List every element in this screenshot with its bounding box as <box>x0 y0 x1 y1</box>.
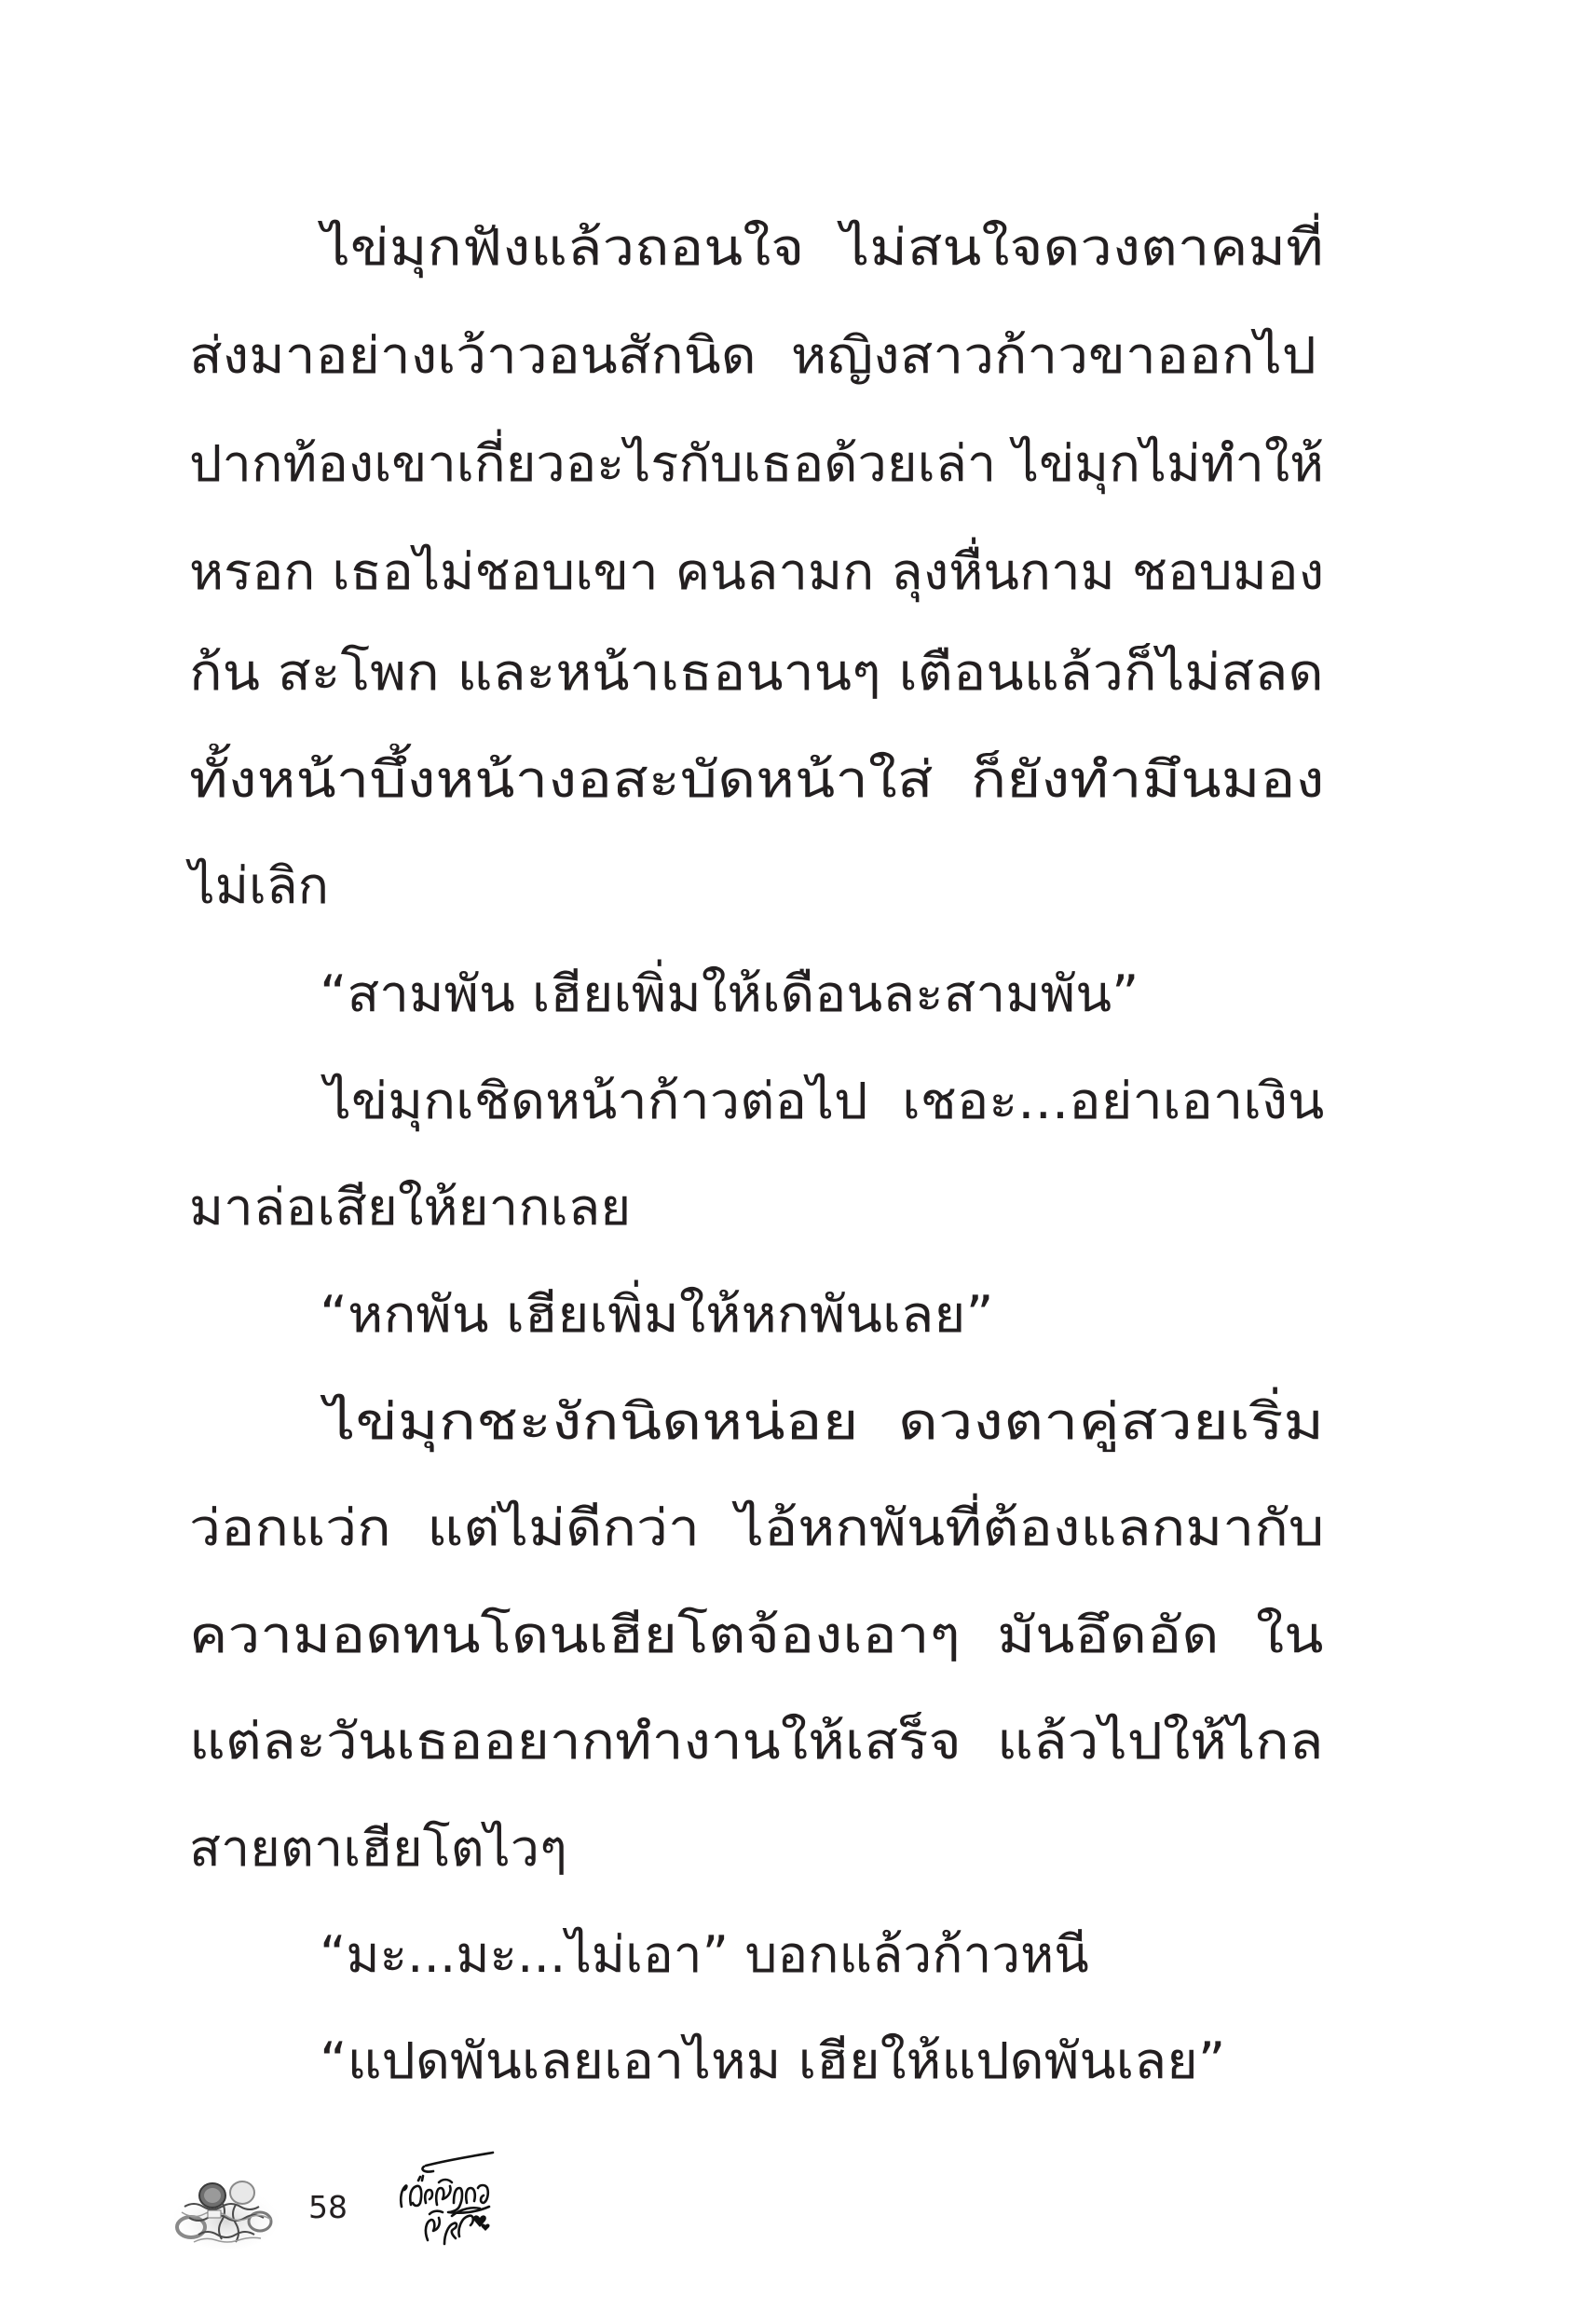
dialogue-line: “แปดพันเลยเอาไหม เฮียให้แปดพันเลย” <box>320 2036 1225 2086</box>
paragraph-line: ความอดทนโดนเฮียโตจ้องเอาๆ มันอึดอัด ใน <box>189 1610 1324 1661</box>
book-title-logo-icon <box>396 2151 495 2253</box>
paragraph-line: ไข่มุกฟังแล้วถอนใจ ไม่สนใจดวงตาคมที่ <box>321 223 1324 273</box>
paragraph-line: ก้น สะโพก และหน้าเธอนานๆ เตือนแล้วก็ไม่ส… <box>189 648 1324 698</box>
dialogue-line: “สามพัน เฮียเพิ่มให้เดือนละสามพัน” <box>320 969 1139 1019</box>
dialogue-line: “มะ...มะ...ไม่เอา” บอกแล้วก้าวหนี <box>320 1930 1089 1980</box>
book-page: ไข่มุกฟังแล้วถอนใจ ไม่สนใจดวงตาคมที่ ส่ง… <box>0 0 1596 2311</box>
paragraph-line: แต่ละวันเธออยากทำงานให้เสร็จ แล้วไปให้ไก… <box>189 1716 1324 1767</box>
page-number: 58 <box>308 2192 348 2222</box>
dialogue-line: “หกพัน เฮียเพิ่มให้หกพันเลย” <box>320 1290 994 1340</box>
paragraph-line: สายตาเฮียโตไวๆ <box>189 1824 567 1874</box>
paragraph-line: ส่งมาอย่างเว้าวอนสักนิด หญิงสาวก้าวขาออก… <box>189 331 1316 381</box>
paragraph-line: ว่อกแว่ก แต่ไม่ดีกว่า ไอ้หกพันที่ต้องแลก… <box>189 1503 1324 1553</box>
paragraph-line: ไข่มุกเชิดหน้าก้าวต่อไป เชอะ...อย่าเอาเง… <box>324 1076 1324 1127</box>
paragraph-line: ไม่เลิก <box>189 861 329 911</box>
paragraph-line: ไข่มุกชะงักนิดหน่อย ดวงตาคู่สวยเริ่ม <box>324 1397 1324 1447</box>
paragraph-line: ปากท้องเขาเกี่ยวอะไรกับเธอด้วยเล่า ไข่มุ… <box>189 439 1324 489</box>
paragraph-line: มาล่อเสียให้ยากเลย <box>189 1183 631 1233</box>
jewelry-decoration-icon <box>171 2169 280 2251</box>
paragraph-line: หรอก เธอไม่ชอบเขา คนลามก ลุงหื่นกาม ชอบม… <box>189 547 1324 597</box>
paragraph-line: ทั้งหน้าบึ้งหน้างอสะบัดหน้าใส่ ก็ยังทำมึ… <box>189 755 1324 805</box>
